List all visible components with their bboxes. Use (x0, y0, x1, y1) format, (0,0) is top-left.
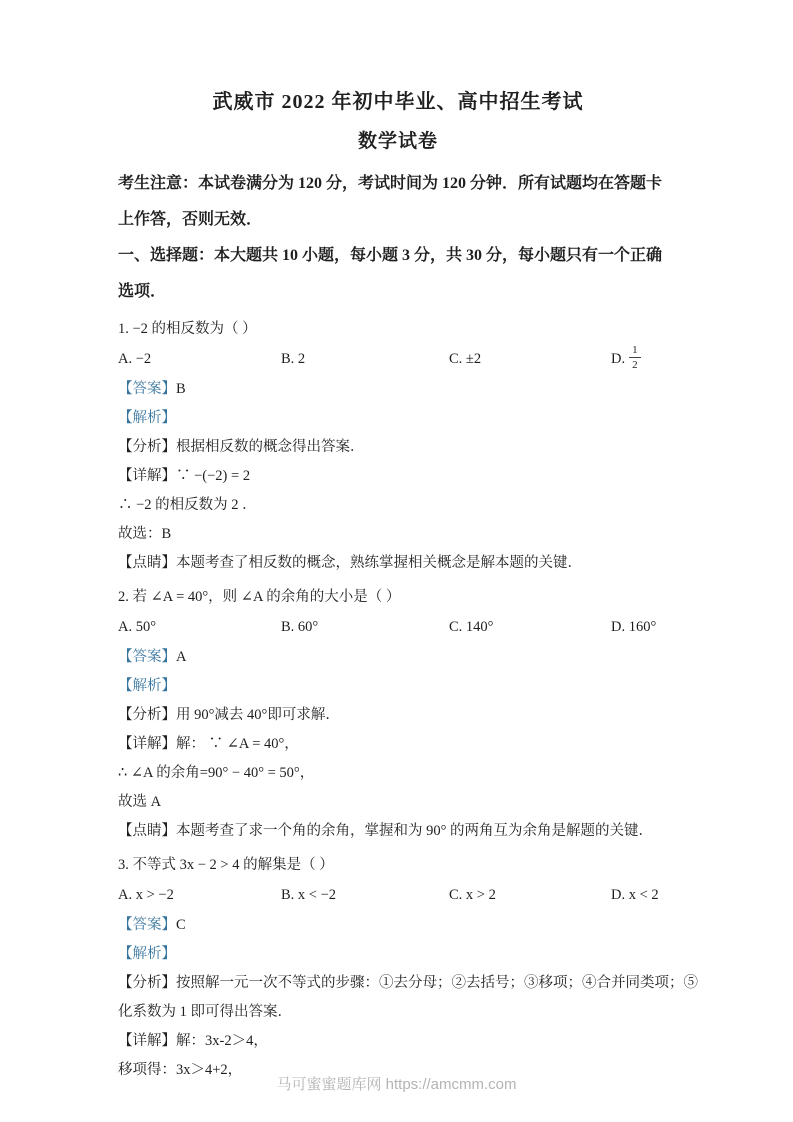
question-2-option-a: A. 50° (118, 612, 281, 643)
question-1-option-b: B. 2 (281, 344, 449, 375)
question-1-stem: 1. −2 的相反数为（ ） (118, 315, 678, 344)
answer-tag: 【答案】 (118, 381, 176, 397)
document-title: 武威市 2022 年初中毕业、高中招生考试 (118, 88, 678, 116)
question-1-answer-line: 【答案】B (118, 375, 678, 404)
question-1-options: A. −2 B. 2 C. ±2 D.12 (118, 344, 678, 375)
question-1-note-line: 【点睛】本题考查了相反数的概念，熟练掌握相关概念是解本题的关键． (118, 549, 678, 578)
fraction-one-half: 12 (629, 344, 641, 372)
question-1-answer: B (176, 381, 186, 397)
question-3-option-d: D. x < 2 (611, 880, 678, 911)
question-2-option-c: C. 140° (449, 612, 611, 643)
question-3-option-c: C. x > 2 (449, 880, 611, 911)
question-1-detail-line-1: 【详解】∵ −(−2) = 2 (118, 462, 678, 491)
question-3-answer: C (176, 917, 186, 933)
question-2-option-d: D. 160° (611, 612, 678, 643)
document-subtitle: 数学试卷 (118, 128, 678, 156)
question-1-option-d: D.12 (611, 344, 678, 375)
question-2-answer: A (176, 649, 186, 665)
question-1-option-a: A. −2 (118, 344, 281, 375)
question-2: 2. 若 ∠A = 40°，则 ∠A 的余角的大小是（ ） A. 50° B. … (118, 583, 678, 846)
answer-tag: 【答案】 (118, 917, 176, 933)
question-3-options: A. x > −2 B. x < −2 C. x > 2 D. x < 2 (118, 880, 678, 911)
question-3-analysis-line-1: 【分析】按照解一元一次不等式的步骤：①去分母；②去括号；③移项；④合并同类项；⑤ (118, 969, 678, 998)
notice-block: 考生注意：本试卷满分为 120 分，考试时间为 120 分钟．所有试题均在答题卡… (118, 166, 678, 238)
answer-tag: 【答案】 (118, 649, 176, 665)
notice-line-1: 考生注意：本试卷满分为 120 分，考试时间为 120 分钟．所有试题均在答题卡 (118, 166, 678, 202)
question-2-note-line: 【点睛】本题考查了求一个角的余角，掌握和为 90° 的两角互为余角是解题的关键． (118, 817, 678, 846)
question-3-detail-line-1: 【详解】解：3x-2＞4， (118, 1027, 678, 1056)
question-3-stem: 3. 不等式 3x − 2 > 4 的解集是（ ） (118, 851, 678, 880)
question-1-detail-line-3: 故选：B (118, 520, 678, 549)
question-1-option-d-label: D. (611, 351, 625, 367)
analysis-tag: 【解析】 (118, 678, 176, 694)
notice-line-2: 上作答，否则无效． (118, 202, 678, 238)
question-1-option-c: C. ±2 (449, 344, 611, 375)
question-1: 1. −2 的相反数为（ ） A. −2 B. 2 C. ±2 D.12 【答案… (118, 315, 678, 578)
question-2-detail-line-1: 【详解】解： ∵ ∠A = 40°， (118, 730, 678, 759)
question-2-options: A. 50° B. 60° C. 140° D. 160° (118, 612, 678, 643)
question-3-answer-line: 【答案】C (118, 911, 678, 940)
question-3: 3. 不等式 3x − 2 > 4 的解集是（ ） A. x > −2 B. x… (118, 851, 678, 1085)
section-heading-line-2: 选项． (118, 274, 678, 310)
question-2-answer-line: 【答案】A (118, 643, 678, 672)
question-1-detail-line-2: ∴ −2 的相反数为 2 ． (118, 491, 678, 520)
question-2-option-b: B. 60° (281, 612, 449, 643)
fraction-denominator: 2 (629, 358, 641, 372)
question-2-detail-line-2: ∴ ∠A 的余角=90° − 40° = 50°， (118, 759, 678, 788)
analysis-tag: 【解析】 (118, 946, 176, 962)
question-3-option-b: B. x < −2 (281, 880, 449, 911)
question-3-analysis-tag-line: 【解析】 (118, 940, 678, 969)
question-2-analysis-line: 【分析】用 90°减去 40°即可求解． (118, 701, 678, 730)
analysis-tag: 【解析】 (118, 410, 176, 426)
question-2-analysis-tag-line: 【解析】 (118, 672, 678, 701)
question-1-analysis-tag-line: 【解析】 (118, 404, 678, 433)
question-3-analysis-line-2: 化系数为 1 即可得出答案． (118, 998, 678, 1027)
fraction-numerator: 1 (629, 344, 641, 359)
exam-document-page: 武威市 2022 年初中毕业、高中招生考试 数学试卷 考生注意：本试卷满分为 1… (0, 0, 793, 1122)
question-2-detail-line-3: 故选 A (118, 788, 678, 817)
section-heading-line-1: 一、选择题：本大题共 10 小题，每小题 3 分，共 30 分，每小题只有一个正… (118, 238, 678, 274)
question-2-stem: 2. 若 ∠A = 40°，则 ∠A 的余角的大小是（ ） (118, 583, 678, 612)
section-heading: 一、选择题：本大题共 10 小题，每小题 3 分，共 30 分，每小题只有一个正… (118, 238, 678, 310)
question-3-option-a: A. x > −2 (118, 880, 281, 911)
question-1-analysis-line: 【分析】根据相反数的概念得出答案． (118, 433, 678, 462)
watermark-footer: 马可蜜蜜题库网 https://amcmm.com (0, 1073, 793, 1094)
